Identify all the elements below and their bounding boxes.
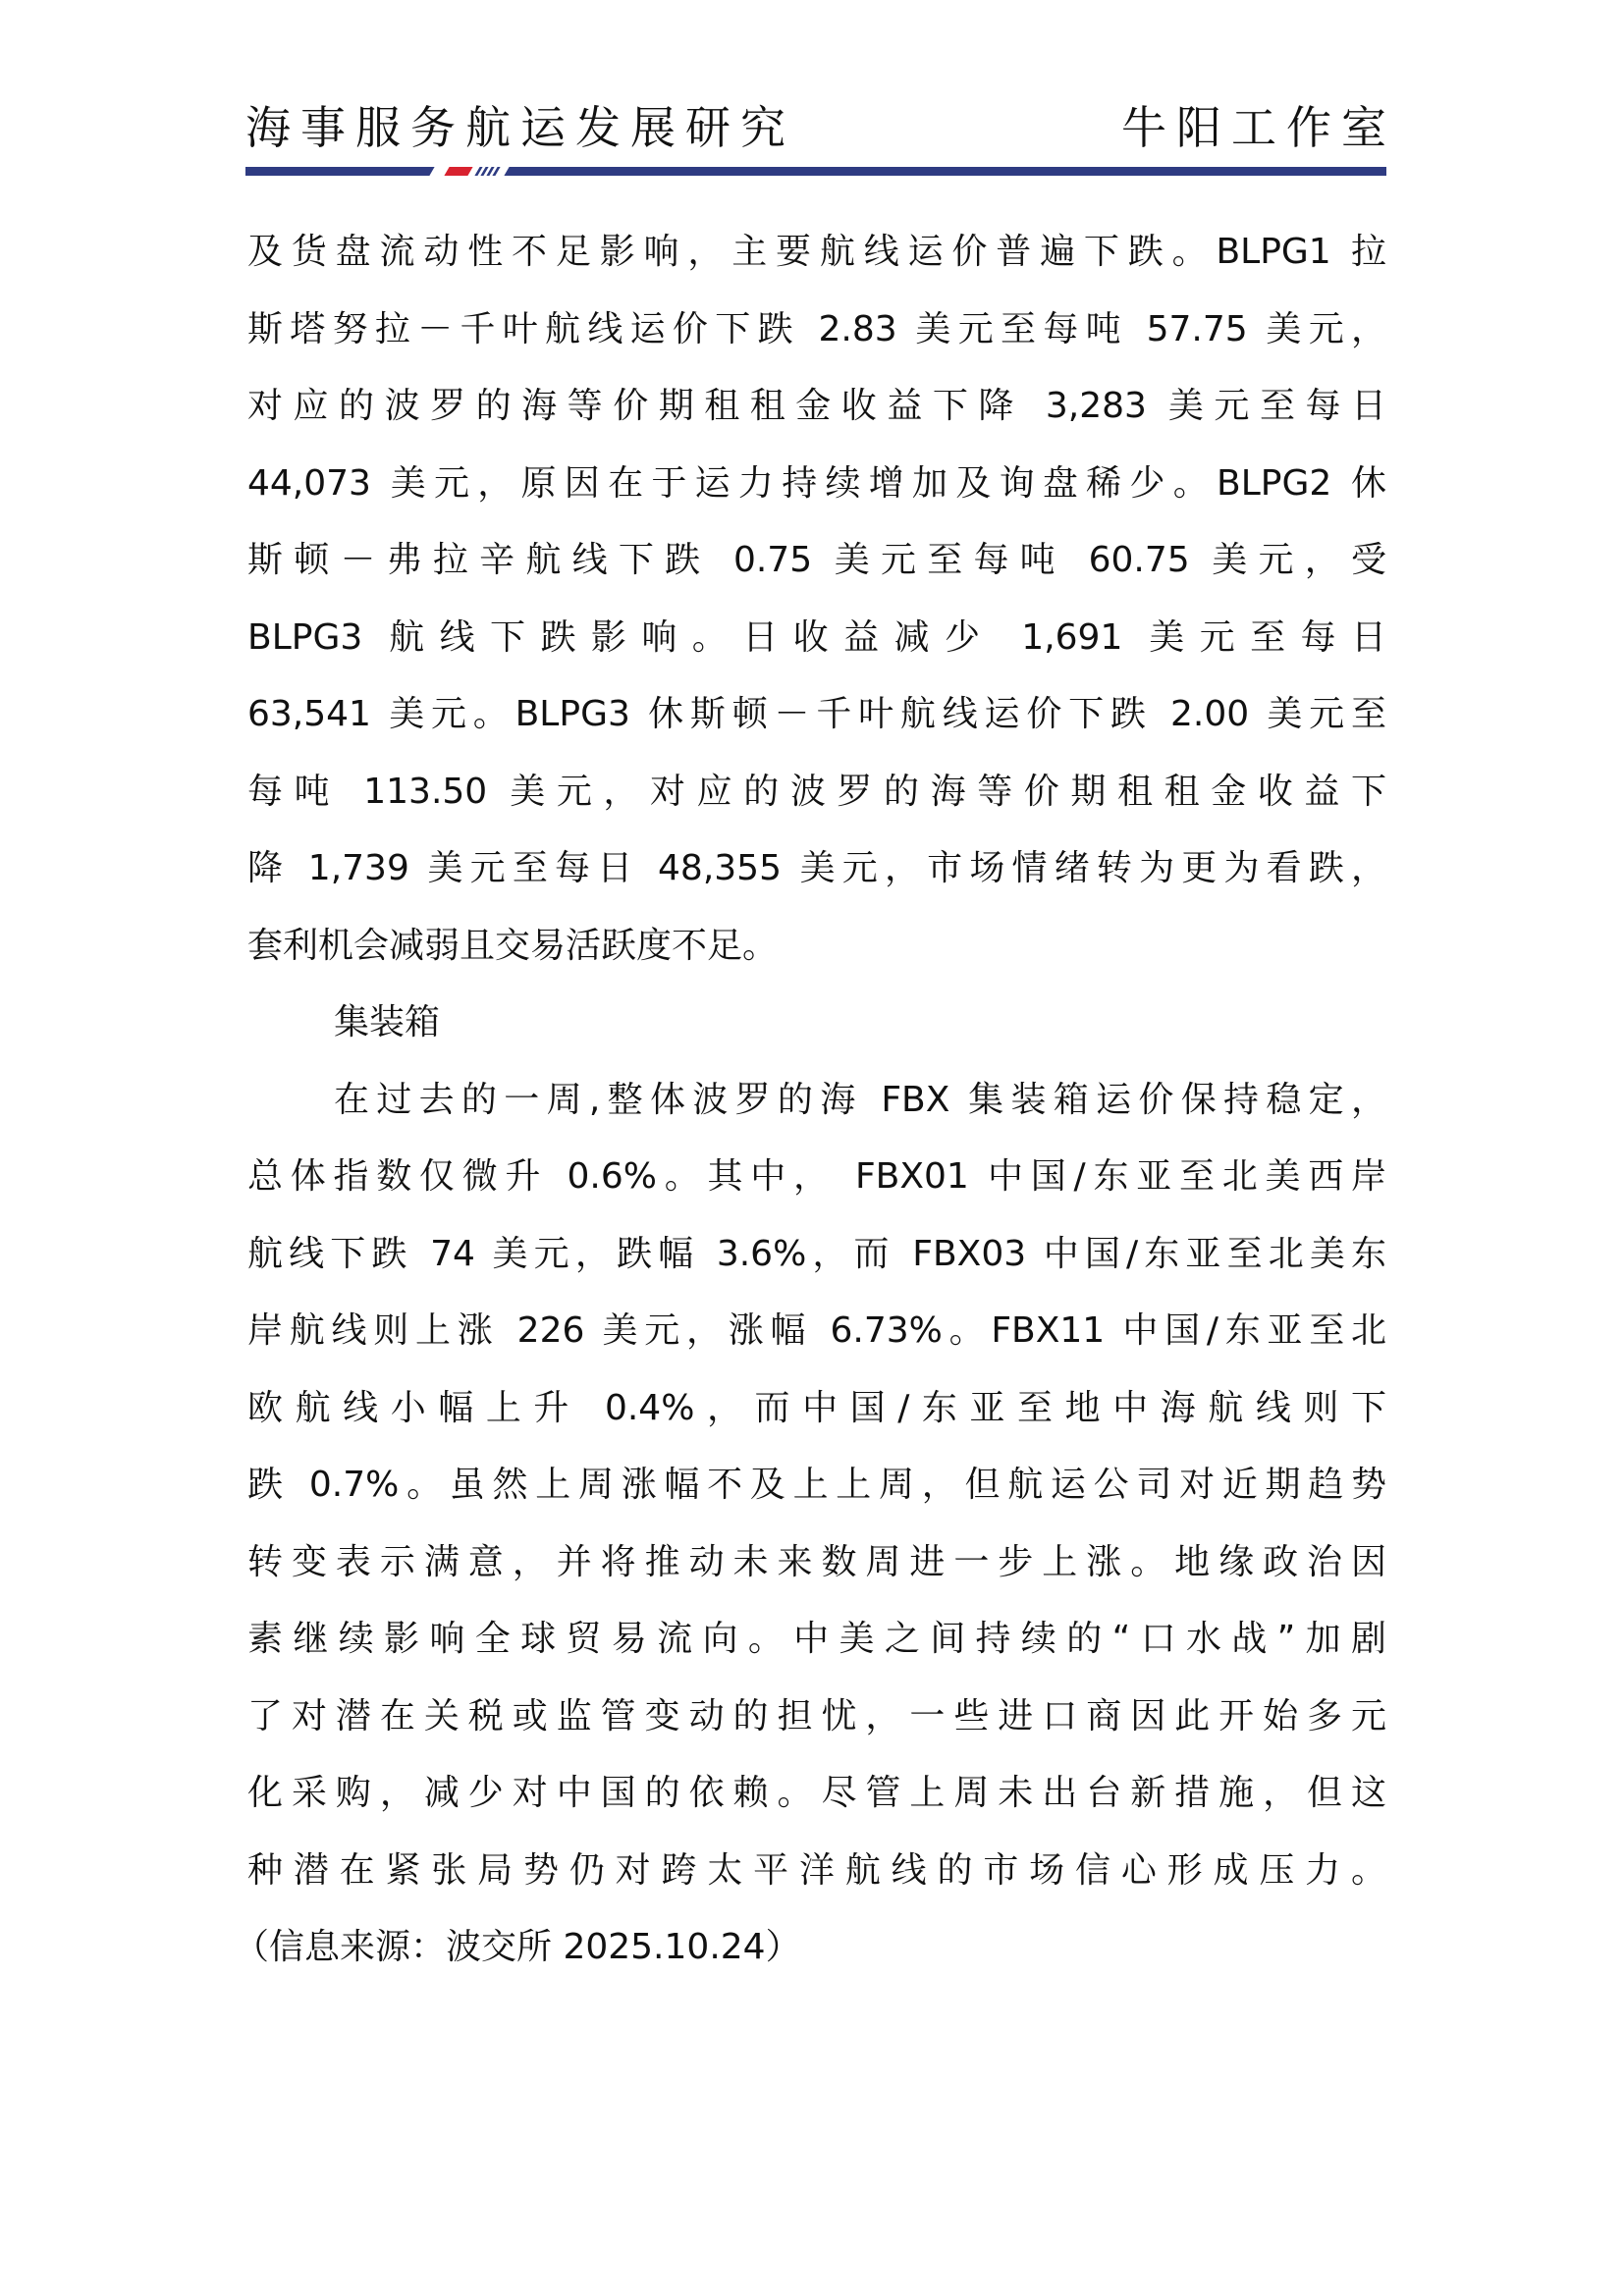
container-paragraph: 在过去的一周,整体波罗的海 FBX 集装箱运价保持稳定， 总体指数仅微升 0.6… [247,1062,1386,1910]
text-line: BLPG3 航线下跌影响。日收益减少 1,691 美元至每日 [247,600,1386,677]
text-line: 44,073 美元，原因在于运力持续增加及询盘稀少。BLPG2 休 [247,446,1386,523]
text-line: 总体指数仅微升 0.6%。其中， FBX01 中国/东亚至北美西岸 [247,1139,1386,1216]
text-line: 及货盘流动性不足影响，主要航线运价普遍下跌。BLPG1 拉 [247,214,1386,292]
lpg-paragraph: 及货盘流动性不足影响，主要航线运价普遍下跌。BLPG1 拉 斯塔努拉－千叶航线运… [247,214,1386,985]
text-line: 套利机会减弱且交易活跃度不足。 [247,908,1386,986]
text-line: 了对潜在关税或监管变动的担忧，一些进口商因此开始多元 [247,1679,1386,1756]
text-line: 化采购，减少对中国的依赖。尽管上周未出台新措施，但这 [247,1755,1386,1833]
text-line: 种潜在紧张局势仍对跨太平洋航线的市场信心形成压力。 [247,1833,1386,1910]
text-line: 转变表示满意，并将推动未来数周进一步上涨。地缘政治因 [247,1524,1386,1602]
text-line: 对应的波罗的海等价期租租金收益下降 3,283 美元至每日 [247,368,1386,446]
text-line: 63,541 美元。BLPG3 休斯顿－千叶航线运价下跌 2.00 美元至 [247,676,1386,754]
section-title-container: 集装箱 [247,985,1386,1062]
header-divider [245,167,1386,176]
text-line: 每吨 113.50 美元，对应的波罗的海等价期租租金收益下 [247,754,1386,831]
text-line: 航线下跌 74 美元，跌幅 3.6%，而 FBX03 中国/东亚至北美东 [247,1216,1386,1294]
article-body: 及货盘流动性不足影响，主要航线运价普遍下跌。BLPG1 拉 斯塔努拉－千叶航线运… [247,214,1386,1987]
text-line: 跌 0.7%。虽然上周涨幅不及上上周，但航运公司对近期趋势 [247,1447,1386,1524]
studio-name: 牛阳工作室 [1121,98,1396,157]
text-line: 岸航线则上涨 226 美元，涨幅 6.73%。FBX11 中国/东亚至北 [247,1293,1386,1370]
text-line: 在过去的一周,整体波罗的海 FBX 集装箱运价保持稳定， [247,1062,1386,1140]
publication-title: 海事服务航运发展研究 [245,98,795,157]
text-line: 斯顿－弗拉辛航线下跌 0.75 美元至每吨 60.75 美元，受 [247,522,1386,600]
source-citation: （信息来源：波交所 2025.10.24） [234,1909,1386,1987]
text-line: 欧航线小幅上升 0.4%，而中国/东亚至地中海航线则下 [247,1370,1386,1448]
text-line: 降 1,739 美元至每日 48,355 美元，市场情绪转为更为看跌， [247,830,1386,908]
text-line: 斯塔努拉－千叶航线运价下跌 2.83 美元至每吨 57.75 美元， [247,292,1386,369]
text-line: 素继续影响全球贸易流向。中美之间持续的“口水战”加剧 [247,1601,1386,1679]
page-header: 海事服务航运发展研究 牛阳工作室 [245,98,1386,157]
